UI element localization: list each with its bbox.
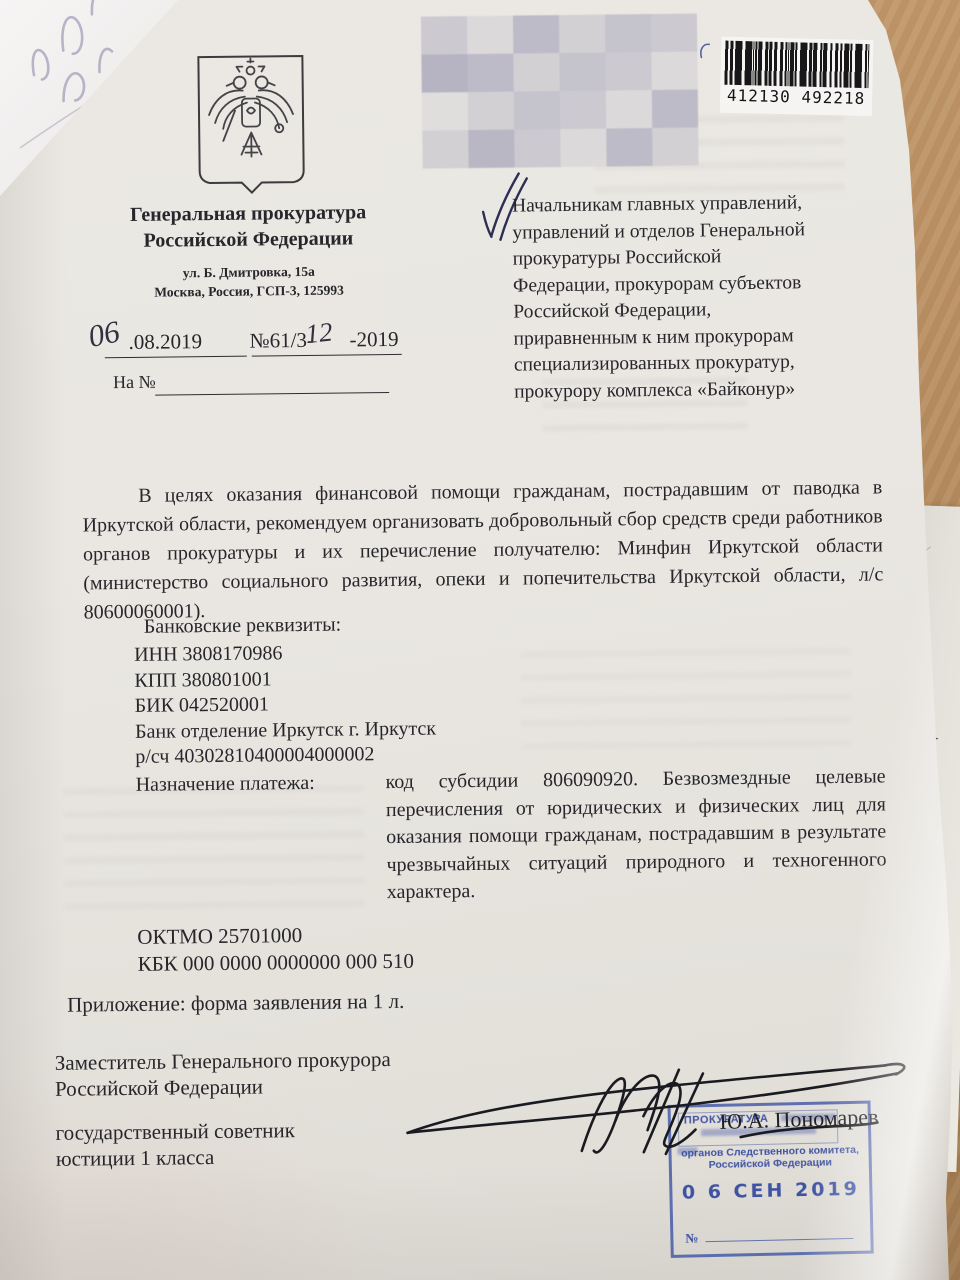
- paper-edge-highlight: [0, 0, 960, 1280]
- photo-of-official-letter: иск: [0, 0, 960, 1280]
- main-document: Генеральная прокуратура Российской Федер…: [0, 0, 960, 1280]
